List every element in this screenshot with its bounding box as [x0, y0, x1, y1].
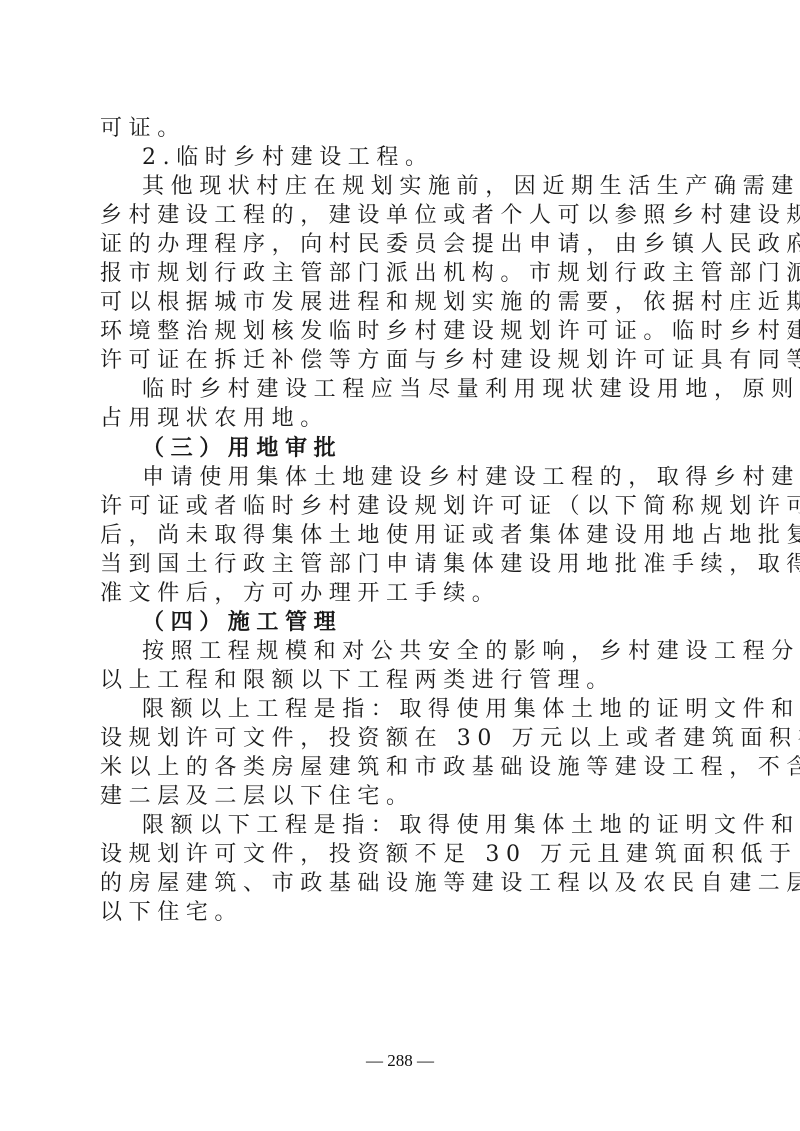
document-body: 可证。 2.临时乡村建设工程。 其他现状村庄在规划实施前，因近期生活生产确需建设… [100, 114, 712, 927]
text-line: 设规划许可文件，投资额在 30 万元以上或者建筑面积在 300 平方 [100, 724, 712, 753]
text-line: 证的办理程序，向村民委员会提出申请，由乡镇人民政府初审后 [100, 230, 712, 259]
text-line: 其他现状村庄在规划实施前，因近期生活生产确需建设临时 [100, 172, 712, 201]
text-line: 占用现状农用地。 [100, 404, 712, 433]
section-heading-construction-management: （四）施工管理 [100, 608, 712, 637]
item-title-temporary-rural-construction: 2.临时乡村建设工程。 [100, 143, 712, 172]
text-line: 临时乡村建设工程应当尽量利用现状建设用地，原则上不得 [100, 375, 712, 404]
text-line: 后，尚未取得集体土地使用证或者集体建设用地占地批复的，应 [100, 521, 712, 550]
text-line: 设规划许可文件，投资额不足 30 万元且建筑面积低于 300 平方米 [100, 840, 712, 869]
text-line: 以下住宅。 [100, 898, 712, 927]
text-line: 限额以上工程是指：取得使用集体土地的证明文件和乡村建 [100, 695, 712, 724]
text-line: 报市规划行政主管部门派出机构。市规划行政主管部门派出机构 [100, 259, 712, 288]
text-line: 限额以下工程是指：取得使用集体土地的证明文件和乡村建 [100, 811, 712, 840]
text-line: 当到国土行政主管部门申请集体建设用地批准手续，取得相关批 [100, 550, 712, 579]
section-heading-land-approval: （三）用地审批 [100, 434, 712, 463]
text-line: 米以上的各类房屋建筑和市政基础设施等建设工程，不含农民自 [100, 753, 712, 782]
page-number: — 288 — [0, 1051, 800, 1071]
text-line: 申请使用集体土地建设乡村建设工程的，取得乡村建设规划 [100, 463, 712, 492]
text-line: 乡村建设工程的，建设单位或者个人可以参照乡村建设规划许可 [100, 201, 712, 230]
text-line: 的房屋建筑、市政基础设施等建设工程以及农民自建二层及二层 [100, 869, 712, 898]
text-line: 以上工程和限额以下工程两类进行管理。 [100, 666, 712, 695]
text-line: 按照工程规模和对公共安全的影响，乡村建设工程分为限额 [100, 637, 712, 666]
text-line: 可以根据城市发展进程和规划实施的需要，依据村庄近期建设和 [100, 288, 712, 317]
text-line: 建二层及二层以下住宅。 [100, 782, 712, 811]
text-line: 准文件后，方可办理开工手续。 [100, 579, 712, 608]
text-line: 许可证在拆迁补偿等方面与乡村建设规划许可证具有同等作用。 [100, 346, 712, 375]
text-line: 环境整治规划核发临时乡村建设规划许可证。临时乡村建设规划 [100, 317, 712, 346]
text-line: 可证。 [100, 114, 712, 143]
text-line: 许可证或者临时乡村建设规划许可证（以下简称规划许可文件） [100, 492, 712, 521]
